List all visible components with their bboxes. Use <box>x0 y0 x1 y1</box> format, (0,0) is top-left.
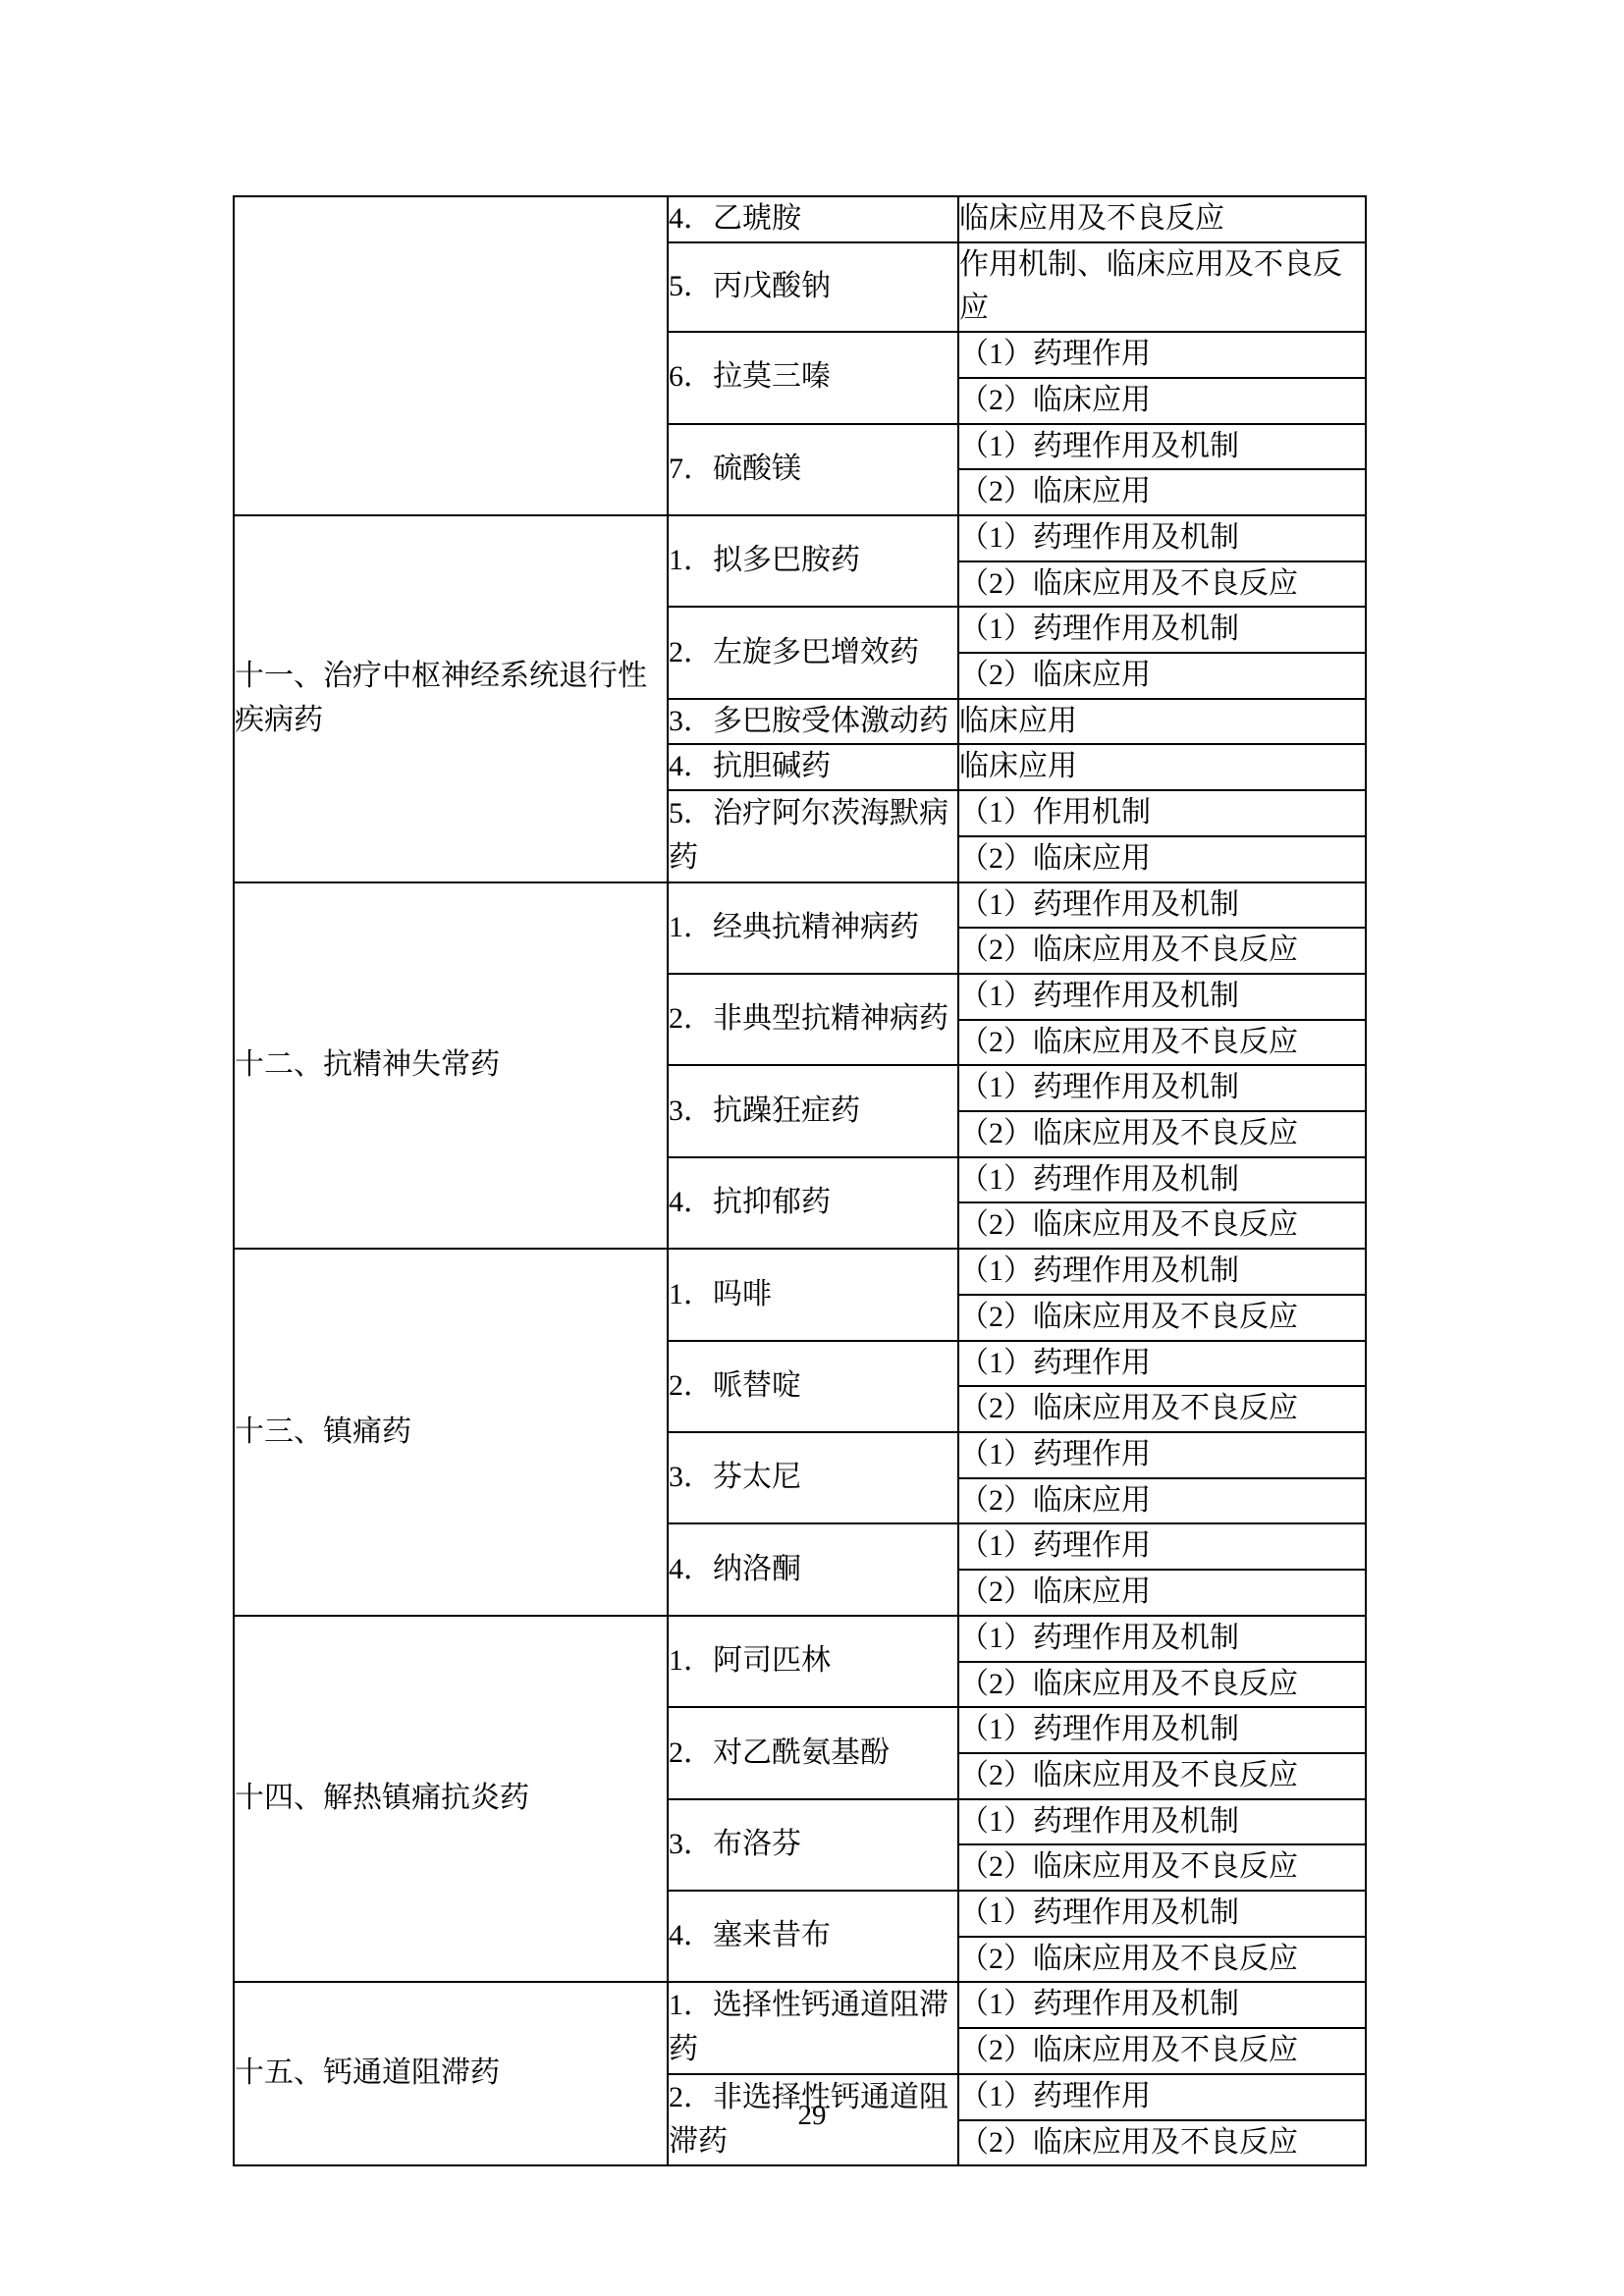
point-cell: （1）药理作用及机制 <box>958 1157 1366 1203</box>
drug-name-cell: 6．拉莫三嗪 <box>668 332 958 423</box>
table-row: 十四、解热镇痛抗炎药 1．阿司匹林 （1）药理作用及机制 <box>234 1616 1366 1662</box>
category-cell: 十三、镇痛药 <box>234 1249 668 1616</box>
point-cell: （2）临床应用及不良反应 <box>958 1020 1366 1066</box>
table-row: 十一、治疗中枢神经系统退行性疾病药 1．拟多巴胺药 （1）药理作用及机制 <box>234 515 1366 561</box>
point-cell: （2）临床应用 <box>958 836 1366 882</box>
point-cell: （2）临床应用及不良反应 <box>958 561 1366 608</box>
point-cell: （2）临床应用及不良反应 <box>958 1295 1366 1341</box>
point-cell: 临床应用 <box>958 699 1366 745</box>
category-cell: 十四、解热镇痛抗炎药 <box>234 1616 668 1983</box>
point-cell: （1）药理作用及机制 <box>958 1799 1366 1845</box>
point-cell: （2）临床应用及不良反应 <box>958 928 1366 974</box>
drug-name-cell: 4．塞来昔布 <box>668 1891 958 1982</box>
point-cell: （1）药理作用及机制 <box>958 1616 1366 1662</box>
drug-name-cell: 2．非典型抗精神病药 <box>668 974 958 1065</box>
point-cell: （2）临床应用 <box>958 653 1366 699</box>
point-cell: （1）药理作用 <box>958 1432 1366 1478</box>
point-cell: （2）临床应用及不良反应 <box>958 1662 1366 1708</box>
point-cell: （2）临床应用 <box>958 469 1366 515</box>
table-row: 十五、钙通道阻滞药 1．选择性钙通道阻滞药 （1）药理作用及机制 <box>234 1982 1366 2028</box>
point-cell: （2）临床应用及不良反应 <box>958 1753 1366 1799</box>
point-cell: （1）药理作用 <box>958 1523 1366 1570</box>
table-row: 十二、抗精神失常药 1．经典抗精神病药 （1）药理作用及机制 <box>234 882 1366 929</box>
drug-name-cell: 2．左旋多巴增效药 <box>668 607 958 698</box>
drug-name-cell: 1．经典抗精神病药 <box>668 882 958 974</box>
point-cell: （1）药理作用及机制 <box>958 882 1366 929</box>
point-cell: （2）临床应用及不良反应 <box>958 1111 1366 1157</box>
point-cell: （1）药理作用 <box>958 1341 1366 1387</box>
point-cell: （2）临床应用 <box>958 1570 1366 1616</box>
drug-name-cell: 1．拟多巴胺药 <box>668 515 958 607</box>
point-cell: （2）临床应用 <box>958 1478 1366 1524</box>
document-page: 4．乙琥胺 临床应用及不良反应 5．丙戊酸钠 作用机制、临床应用及不良反应 6．… <box>0 0 1624 2296</box>
drug-name-cell: 4．纳洛酮 <box>668 1523 958 1615</box>
point-cell: （2）临床应用及不良反应 <box>958 1937 1366 1983</box>
page-number: 29 <box>0 2098 1624 2133</box>
point-cell: （1）药理作用及机制 <box>958 424 1366 470</box>
point-cell: （2）临床应用及不良反应 <box>958 1844 1366 1891</box>
drug-name-cell: 7．硫酸镁 <box>668 424 958 515</box>
point-cell: 临床应用 <box>958 744 1366 790</box>
point-cell: 作用机制、临床应用及不良反应 <box>958 242 1366 332</box>
point-cell: 临床应用及不良反应 <box>958 196 1366 242</box>
point-cell: （1）药理作用及机制 <box>958 1249 1366 1295</box>
drug-name-cell: 5．丙戊酸钠 <box>668 242 958 332</box>
point-cell: （2）临床应用及不良反应 <box>958 1202 1366 1249</box>
drug-name-cell: 3．抗躁狂症药 <box>668 1065 958 1156</box>
drug-name-cell: 3．芬太尼 <box>668 1432 958 1523</box>
drug-name-cell: 2．哌替啶 <box>668 1341 958 1432</box>
drug-name-cell: 1．选择性钙通道阻滞药 <box>668 1982 958 2073</box>
point-cell: （2）临床应用及不良反应 <box>958 2028 1366 2074</box>
point-cell: （1）药理作用及机制 <box>958 974 1366 1020</box>
drug-name-cell: 1．吗啡 <box>668 1249 958 1340</box>
point-cell: （1）药理作用及机制 <box>958 1982 1366 2028</box>
point-cell: （1）药理作用及机制 <box>958 607 1366 653</box>
category-cell: 十二、抗精神失常药 <box>234 882 668 1250</box>
point-cell: （2）临床应用及不良反应 <box>958 1386 1366 1432</box>
drug-name-cell: 3．布洛芬 <box>668 1799 958 1891</box>
point-cell: （1）药理作用及机制 <box>958 1707 1366 1753</box>
category-cell: 十一、治疗中枢神经系统退行性疾病药 <box>234 515 668 882</box>
drug-name-cell: 4．乙琥胺 <box>668 196 958 242</box>
point-cell: （1）药理作用 <box>958 332 1366 378</box>
category-cell: 十五、钙通道阻滞药 <box>234 1982 668 2165</box>
drug-name-cell: 4．抗抑郁药 <box>668 1157 958 1249</box>
point-cell: （1）作用机制 <box>958 790 1366 836</box>
syllabus-table: 4．乙琥胺 临床应用及不良反应 5．丙戊酸钠 作用机制、临床应用及不良反应 6．… <box>233 195 1367 2166</box>
drug-name-cell: 1．阿司匹林 <box>668 1616 958 1707</box>
drug-name-cell: 2．对乙酰氨基酚 <box>668 1707 958 1798</box>
drug-name-cell: 4．抗胆碱药 <box>668 744 958 790</box>
drug-name-cell: 3．多巴胺受体激动药 <box>668 699 958 745</box>
table-row: 十三、镇痛药 1．吗啡 （1）药理作用及机制 <box>234 1249 1366 1295</box>
point-cell: （1）药理作用及机制 <box>958 1065 1366 1111</box>
point-cell: （1）药理作用及机制 <box>958 1891 1366 1937</box>
drug-name-cell: 5．治疗阿尔茨海默病药 <box>668 790 958 881</box>
category-cell <box>234 196 668 515</box>
table-row: 4．乙琥胺 临床应用及不良反应 <box>234 196 1366 242</box>
point-cell: （2）临床应用 <box>958 378 1366 424</box>
point-cell: （1）药理作用及机制 <box>958 515 1366 561</box>
